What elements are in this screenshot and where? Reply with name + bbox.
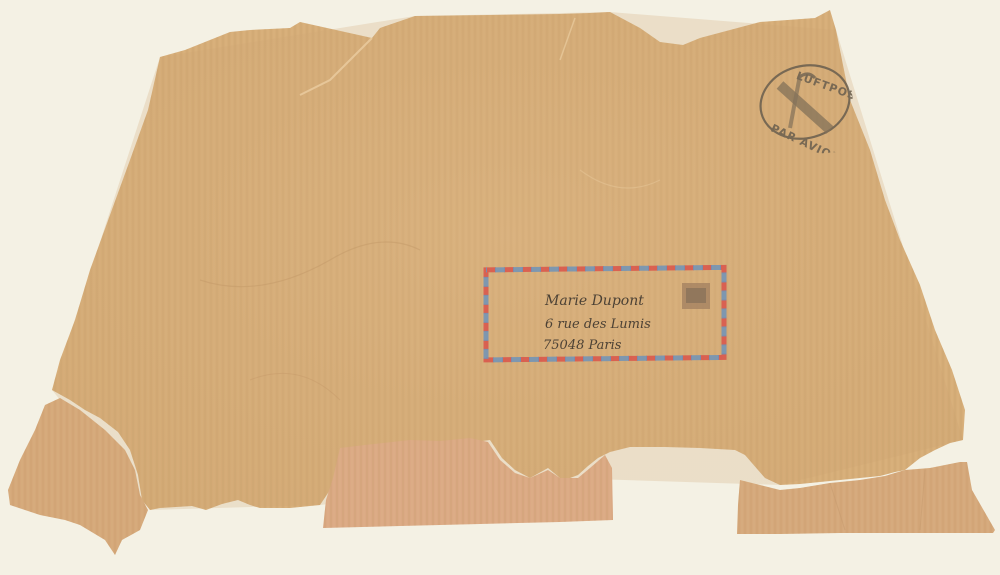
torn-envelope-scene: Marie Dupont 6 rue des Lumis 75048 Paris… <box>0 0 1000 575</box>
address-line-city: 75048 Paris <box>543 338 622 353</box>
address-line-name: Marie Dupont <box>544 293 644 309</box>
address-line-street: 6 rue des Lumis <box>545 317 651 332</box>
